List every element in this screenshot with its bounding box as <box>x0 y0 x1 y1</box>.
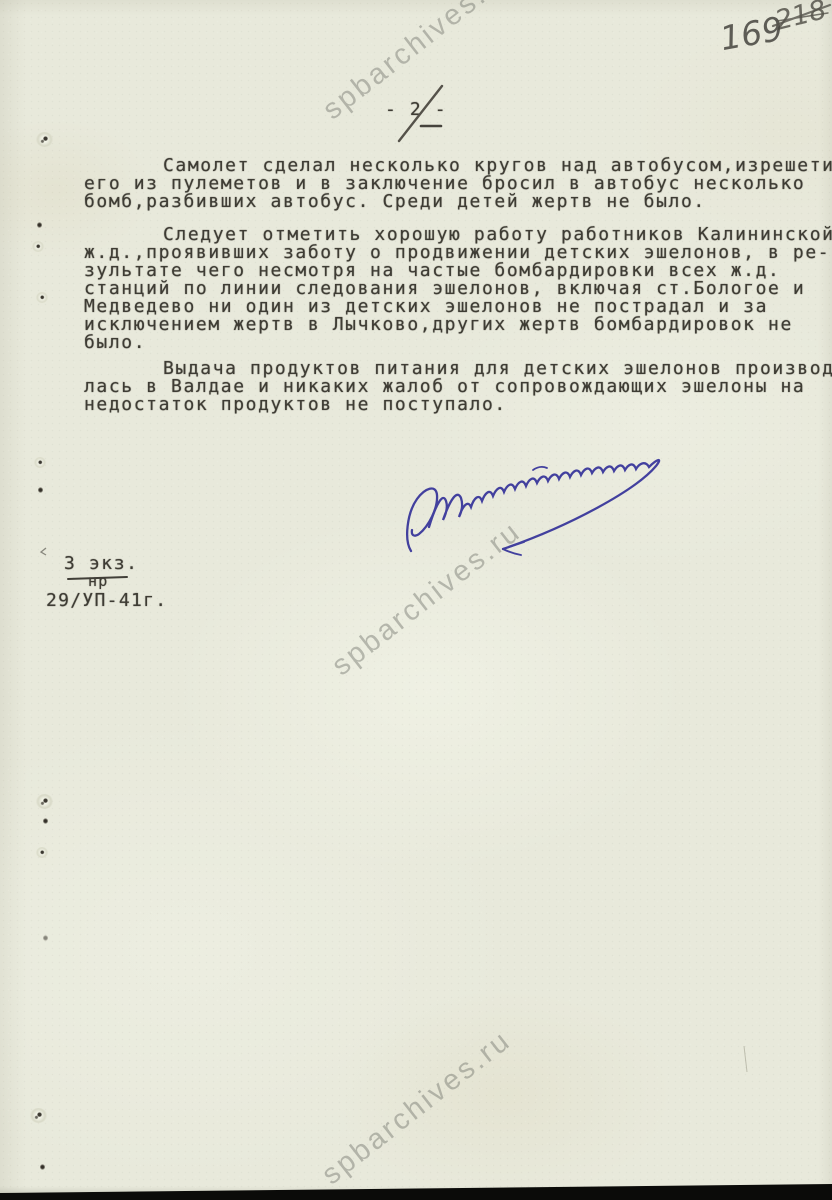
body-line: было. <box>84 334 824 352</box>
punch-hole <box>36 132 53 147</box>
body-line: недостаток продуктов не поступало. <box>84 396 824 414</box>
punch-hole <box>34 457 46 468</box>
punch-hole <box>36 847 48 858</box>
punch-hole <box>30 1108 47 1123</box>
punch-hole <box>36 794 53 809</box>
punch-hole <box>36 292 48 303</box>
stray-pencil-mark <box>41 548 46 555</box>
pencil-folio-number: 169 <box>717 9 786 58</box>
punch-hole <box>38 487 43 493</box>
paragraph: Самолет сделал несколько кругов над авто… <box>84 157 824 211</box>
copies-note: 3 экз. <box>64 553 139 574</box>
punch-hole <box>40 1164 45 1170</box>
punch-hole <box>32 241 44 252</box>
handwritten-signature <box>407 460 659 555</box>
document-page: spbarchives.ru spbarchives.ru spbarchive… <box>0 0 832 1200</box>
page-number: - 2 - <box>385 99 447 120</box>
paragraph: Выдача продуктов питания для детских эше… <box>84 360 824 414</box>
punch-hole <box>43 818 48 824</box>
paragraph: Следует отметить хорошую работу работник… <box>84 226 824 352</box>
body-line: исключением жертв в Лычково,других жертв… <box>84 316 824 334</box>
watermark-middle: spbarchives.ru <box>326 515 528 683</box>
date-line: 29/УП-41г. <box>46 590 167 611</box>
watermark-bottom: spbarchives.ru <box>316 1024 518 1192</box>
punch-hole <box>37 222 42 228</box>
paper-scratch <box>744 1046 747 1072</box>
typist-initials: нр <box>88 572 108 590</box>
body-line: бомб,разбивших автобус. Среди детей жерт… <box>84 193 824 211</box>
punch-hole <box>43 935 48 941</box>
